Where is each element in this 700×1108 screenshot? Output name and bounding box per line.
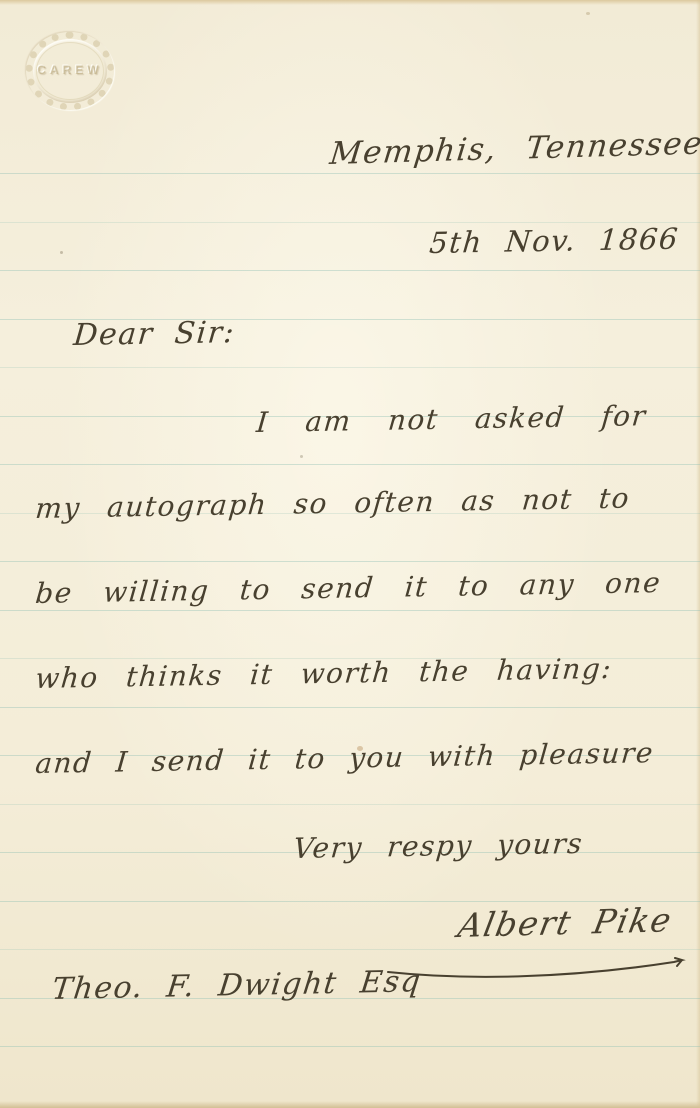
ruled-line	[0, 707, 700, 708]
signature: Albert Pike	[455, 900, 676, 945]
body-line-3: be willing to send it to any one	[34, 566, 663, 610]
letter-scan: CAREW Memphis, Tennessee 5th Nov. 1866 D…	[0, 0, 700, 1108]
signature-flourish	[384, 952, 692, 984]
ruled-line	[0, 464, 700, 465]
ruled-line	[0, 270, 700, 271]
paper-blemish	[300, 455, 303, 458]
place-line: Memphis, Tennessee	[328, 125, 700, 172]
paper-blemish	[586, 12, 590, 15]
ruled-line	[0, 561, 700, 562]
ruled-line	[0, 949, 700, 950]
body-line-5: and I send it to you with pleasure	[34, 736, 655, 780]
addressee-line: Theo. F. Dwight Esq	[50, 964, 423, 1007]
salutation: Dear Sir:	[72, 315, 237, 353]
stamp-text: CAREW	[26, 63, 114, 77]
closing-line: Very respy yours	[292, 827, 585, 865]
ruled-line	[0, 1046, 700, 1047]
date-line: 5th Nov. 1866	[428, 222, 680, 260]
embossed-stamp: CAREW	[26, 32, 114, 110]
body-line-2: my autograph so often as not to	[34, 482, 631, 525]
ruled-line	[0, 610, 700, 611]
paper-blemish	[357, 746, 363, 751]
scan-edge-top	[0, 0, 700, 5]
ruled-line	[0, 367, 700, 368]
ruled-line	[0, 804, 700, 805]
paper-blemish	[60, 251, 63, 254]
scan-edge-bottom	[0, 1101, 700, 1108]
body-line-1: I am not asked for	[255, 399, 648, 439]
ruled-line	[0, 173, 700, 174]
scan-edge-right	[696, 0, 700, 1108]
